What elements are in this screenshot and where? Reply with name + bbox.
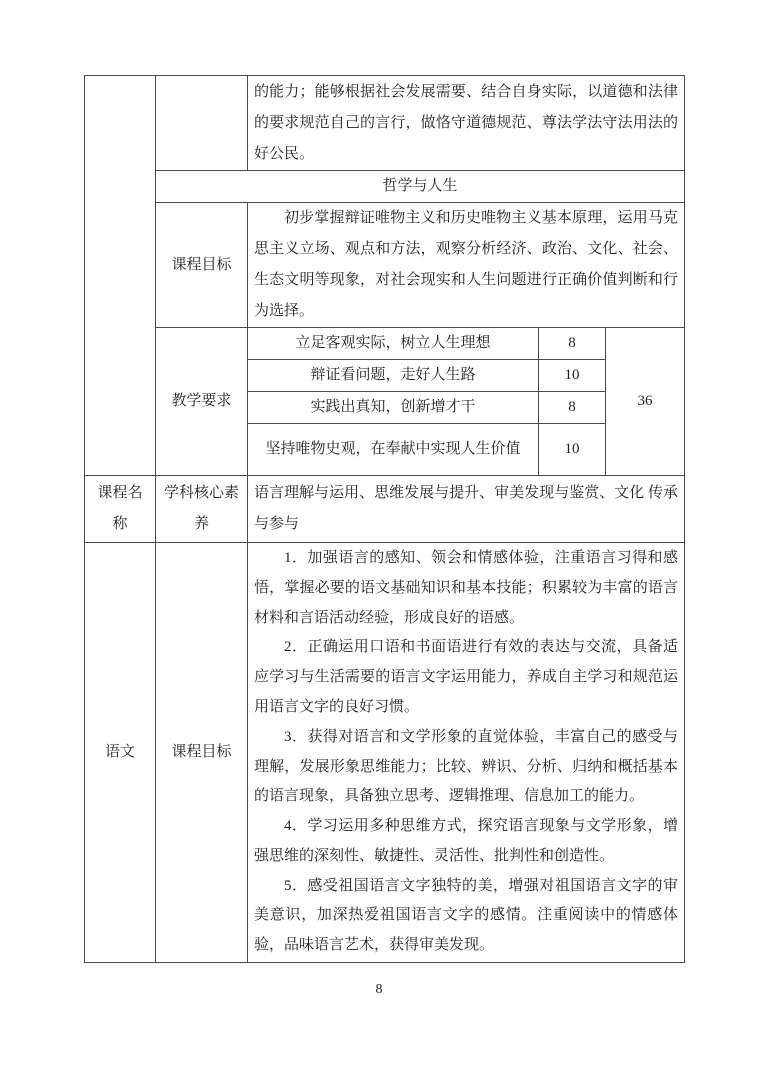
chinese-objective-label: 课程目标 [156,543,248,963]
philosophy-total-hours: 36 [606,328,685,476]
philosophy-objective-label: 课程目标 [156,203,248,328]
requirement-hours: 8 [539,392,606,424]
requirement-hours: 10 [539,424,606,476]
competency-text: 语言理解与运用、思维发展与提升、审美发现与鉴赏、文化 传承与参与 [248,476,685,543]
objective-paragraph: 1．加强语言的感知、领会和情感体验，注重语言习得和感悟，掌握必要的语文基础知识和… [254,544,678,633]
objective-paragraph: 4．学习运用多种思维方式，探究语言现象与文学形象，增强思维的深刻性、敏捷性、灵活… [254,812,678,872]
requirement-hours: 8 [539,328,606,360]
empty-label-cell [156,76,248,171]
philosophy-objective-text: 初步掌握辩证唯物主义和历史唯物主义基本原理，运用马克思主义立场、观点和方法，观察… [248,203,685,328]
continuation-text: 的能力；能够根据社会发展需要、结合自身实际，以道德和法律的要求规范自己的言行，做… [248,76,685,171]
philosophy-requirements-label: 教学要求 [156,328,248,476]
requirement-text: 立足客观实际，树立人生理想 [248,328,539,360]
competency-label: 学科核心素养 [156,476,248,543]
page-number: 8 [0,982,758,998]
requirement-hours: 10 [539,360,606,392]
chinese-objective-text: 1．加强语言的感知、领会和情感体验，注重语言习得和感悟，掌握必要的语文基础知识和… [248,543,685,963]
requirement-text: 坚持唯物史观，在奉献中实现人生价值 [248,424,539,476]
left-spanner-cell [85,76,156,476]
requirement-text: 辩证看问题，走好人生路 [248,360,539,392]
objective-paragraph: 3．获得对语言和文学形象的直觉体验，丰富自己的感受与理解，发展形象思维能力；比较… [254,723,678,812]
document-page: 的能力；能够根据社会发展需要、结合自身实际，以道德和法律的要求规范自己的言行，做… [0,0,758,1074]
objective-paragraph: 5．感受祖国语言文字独特的美，增强对祖国语言文字的审美意识，加深热爱祖国语言文字… [254,872,678,961]
philosophy-course-title: 哲学与人生 [156,171,685,203]
course-name-label: 课程名称 [85,476,156,543]
subject-name: 语文 [85,543,156,963]
curriculum-table: 的能力；能够根据社会发展需要、结合自身实际，以道德和法律的要求规范自己的言行，做… [84,75,685,963]
requirement-text: 实践出真知，创新增才干 [248,392,539,424]
objective-paragraph: 2．正确运用口语和书面语进行有效的表达与交流，具备适应学习与生活需要的语言文字运… [254,633,678,722]
